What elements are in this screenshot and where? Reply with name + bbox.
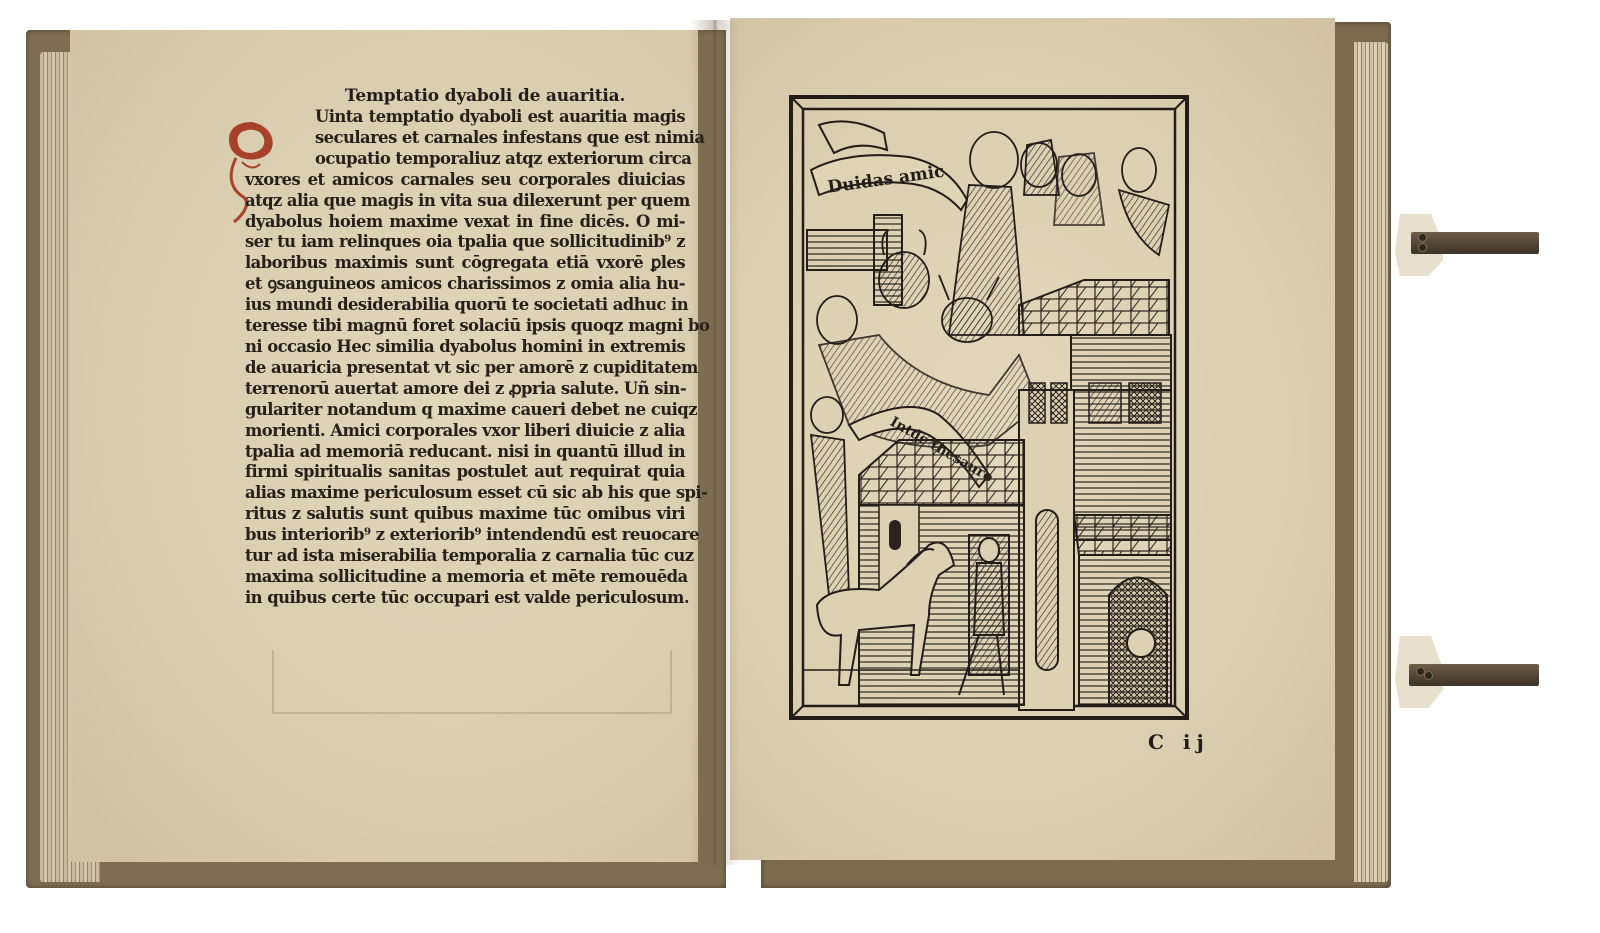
text-line: tur ad ista miserabilia temporalia z car… [245,546,685,567]
text-line: ius mundi desiderabilia quorū te societa… [245,295,685,316]
text-line: firmi spiritualis sanitas postulet aut r… [245,462,685,483]
text-line: alias maxime periculosum esset cū sic ab… [245,483,685,504]
signature-mark: C ij [1148,730,1210,754]
text-line: seculares et carnales infestans que est … [245,128,685,149]
text-line: ocupatio temporaliuz atqz exteriorum cir… [245,149,685,170]
text-line: maxima sollicitudine a memoria et mēte r… [245,567,685,588]
text-line: ritus z salutis sunt quibus maxime tūc o… [245,504,685,525]
text-line: bus interiorib⁹ z exteriorib⁹ intendendū… [245,525,685,546]
woodcut-illustration: Duidas amic Intde thesauro [789,95,1189,720]
text-line: laboribus maximis sunt cōgregata etiā vx… [245,253,685,274]
right-fore-edge [1354,42,1388,882]
upper-clasp [1395,210,1545,280]
text-column: Temptatio dyaboli de auaritia. Uinta tem… [245,86,685,609]
show-through-woodcut [272,650,672,714]
text-line: in quibus certe tūc occupari est valde p… [245,588,685,609]
text-line: atqz alia que magis in vita sua dilexeru… [245,191,685,212]
chapter-heading: Temptatio dyaboli de auaritia. [285,86,685,106]
text-line: teresse tibi magnū foret solaciū ipsis q… [245,316,685,337]
text-line: vxores et amicos carnales seu corporales… [245,170,685,191]
text-line: terrenorū auertat amore dei z ꝓpria salu… [245,379,685,400]
text-line: morienti. Amici corporales vxor liberi d… [245,421,685,442]
text-line: ser tu iam relinques oia tpalia que soll… [245,232,685,253]
text-line: dyabolus hoiem maxime vexat in fine dicē… [245,212,685,233]
text-line: de auaricia presentat vt sic per amorē z… [245,358,685,379]
text-line: Uinta temptatio dyaboli est auaritia mag… [245,107,685,128]
text-line: ni occasio Hec similia dyabolus homini i… [245,337,685,358]
text-line: tpalia ad memoriā reducant. nisi in quan… [245,442,685,463]
lower-clasp [1395,628,1545,708]
text-line: gulariter notandum q maxime caueri debet… [245,400,685,421]
text-line: et ꝯsanguineos amicos charissimos z omia… [245,274,685,295]
